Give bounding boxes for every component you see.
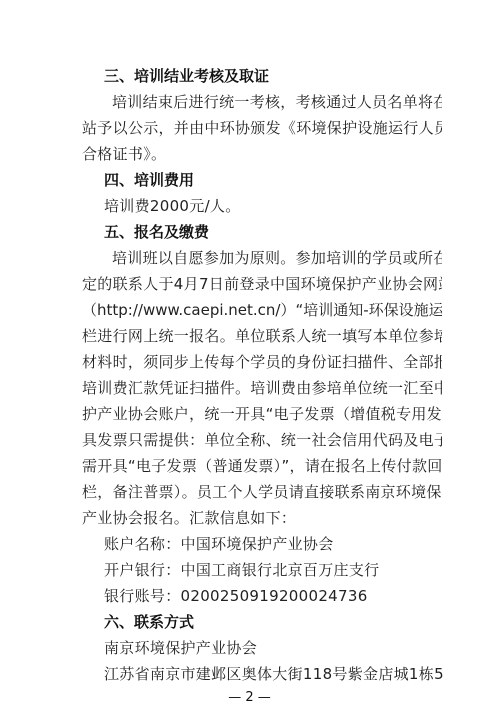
account-number-row: 银行账号：0200250919200024736: [104, 586, 434, 606]
section-5-line-8: 具发票只需提供：单位全称、统一社会信用代码及电子邮箱；如: [82, 430, 442, 450]
section-4-line-1: 培训费2000元/人。: [104, 196, 434, 216]
section-5-line-3-url: （http://www.caepi.net.cn/）“培训通知-环保设施运行”专: [82, 300, 442, 320]
document-page: 三、培训结业考核及取证 培训结束后进行统一考核，考核通过人员名单将在中环协网 站…: [0, 0, 499, 707]
section-5-heading: 五、报名及缴费: [104, 222, 209, 242]
page-number: — 2 —: [0, 690, 499, 705]
section-6-heading: 六、联系方式: [104, 612, 194, 632]
section-5-line-9: 需开具“电子发票（普通发票）”，请在报名上传付款回执备注: [82, 456, 442, 476]
section-3-line-1: 培训结束后进行统一考核，考核通过人员名单将在中环协网: [112, 92, 442, 112]
account-bank-label: 开户银行：: [104, 561, 181, 579]
contact-org: 南京环境保护产业协会: [104, 638, 434, 658]
account-bank-value: 中国工商银行北京百万庄支行: [181, 561, 380, 579]
account-bank-row: 开户银行：中国工商银行北京百万庄支行: [104, 560, 434, 580]
section-3-line-2: 站予以公示，并由中环协颁发《环境保护设施运行人员技能培训: [82, 118, 442, 138]
section-5-line-6: 培训费汇款凭证扫描件。培训费由参培单位统一汇至中国环境保: [82, 378, 442, 398]
section-5-line-5: 材料时，须同步上传每个学员的身份证扫描件、全部报名人员的: [82, 352, 442, 372]
section-5-line-11: 产业协会报名。汇款信息如下：: [82, 508, 442, 528]
section-3-line-3: 合格证书》。: [82, 144, 442, 164]
account-number-label: 银行账号：: [104, 587, 181, 605]
section-5-line-4: 栏进行网上统一报名。单位联系人统一填写本单位参培学员报名: [82, 326, 442, 346]
section-5-line-7: 护产业协会账户，统一开具“电子发票（增值税专用发票）”（开: [82, 404, 442, 424]
section-5-line-10: 栏，备注普票）。员工个人学员请直接联系南京环境保护: [82, 482, 442, 502]
account-name-row: 账户名称：中国环境保护产业协会: [104, 534, 434, 554]
section-4-heading: 四、培训费用: [104, 170, 194, 190]
section-3-heading: 三、培训结业考核及取证: [104, 66, 269, 86]
contact-address: 江苏省南京市建邺区奥体大街118号紫金店城1栋506: [104, 664, 444, 684]
section-5-line-2: 定的联系人于4月7日前登录中国环境保护产业协会网站: [82, 274, 442, 294]
account-name-value: 中国环境保护产业协会: [181, 535, 334, 553]
account-number-value: 0200250919200024736: [181, 587, 368, 605]
account-name-label: 账户名称：: [104, 535, 181, 553]
section-5-line-1: 培训班以自愿参加为原则。参加培训的学员或所在单位指: [112, 248, 442, 268]
